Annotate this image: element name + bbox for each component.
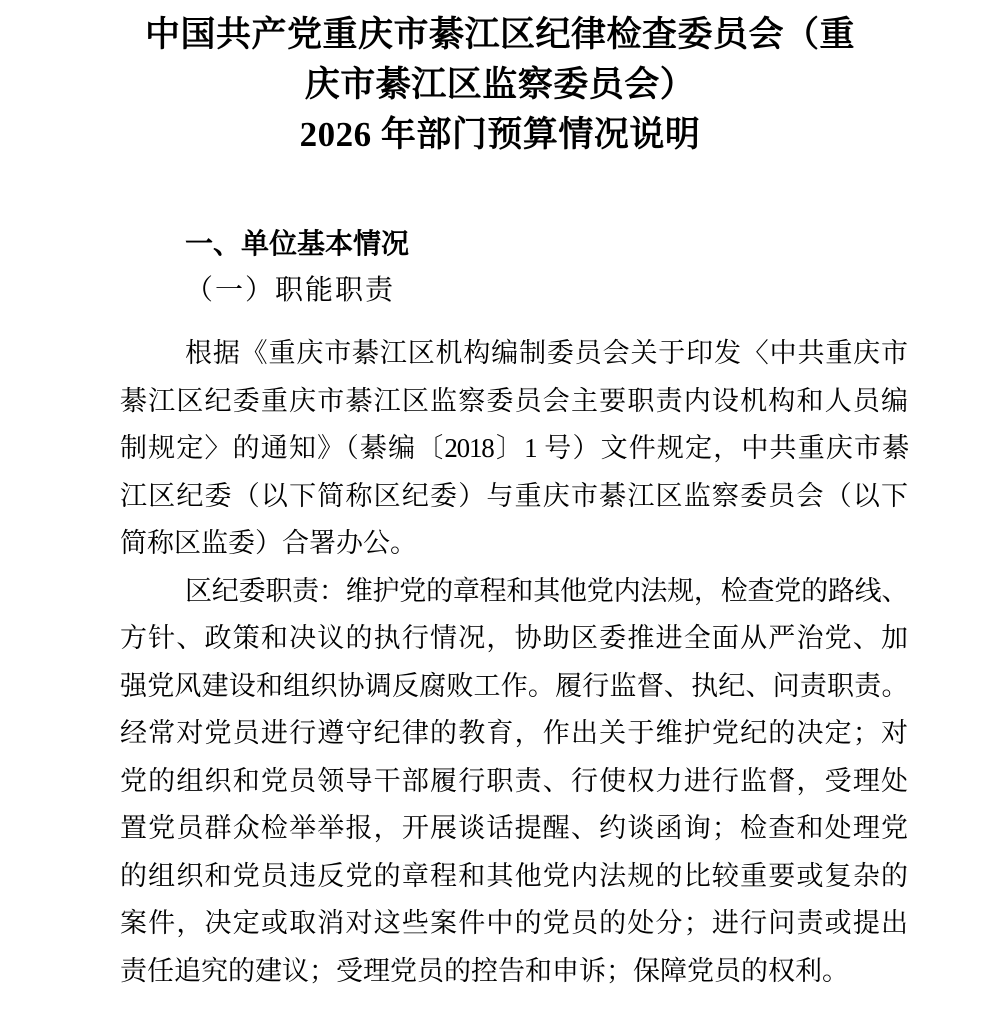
document-title-line-2: 庆市綦江区监察委员会） xyxy=(0,60,1000,110)
body-line: 的组织和党员违反党的章程和其他党内法规的比较重要或复杂的 xyxy=(120,853,908,901)
body-line: 强党风建设和组织协调反腐败工作。履行监督、执纪、问责职责。 xyxy=(120,663,908,711)
body-line: 简称区监委）合署办公。 xyxy=(120,520,908,568)
document-title: 中国共产党重庆市綦江区纪律检查委员会（重 庆市綦江区监察委员会） 2026 年部… xyxy=(0,0,1000,160)
paragraph-2: 区纪委职责：维护党的章程和其他党内法规，检查党的路线、 方针、政策和决议的执行情… xyxy=(120,568,908,996)
body-line: 置党员群众检举举报，开展谈话提醒、约谈函询；检查和处理党 xyxy=(120,805,908,853)
body-line: 责任追究的建议；受理党员的控告和申诉；保障党员的权利。 xyxy=(120,948,908,996)
body-line: 党的组织和党员领导干部履行职责、行使权力进行监督，受理处 xyxy=(120,758,908,806)
body-line: 区纪委职责：维护党的章程和其他党内法规，检查党的路线、 xyxy=(120,568,908,616)
body-line: 方针、政策和决议的执行情况，协助区委推进全面从严治党、加 xyxy=(120,615,908,663)
body-line: 经常对党员进行遵守纪律的教育，作出关于维护党纪的决定；对 xyxy=(120,710,908,758)
body-line: 綦江区纪委重庆市綦江区监察委员会主要职责内设机构和人员编 xyxy=(120,378,908,426)
section-heading: 一、单位基本情况 xyxy=(120,220,908,267)
body-line: 根据《重庆市綦江区机构编制委员会关于印发〈中共重庆市 xyxy=(120,330,908,378)
body-line: 制规定〉的通知》（綦编〔2018〕1 号）文件规定，中共重庆市綦 xyxy=(120,425,908,473)
subsection-heading: （一）职能职责 xyxy=(120,267,908,314)
document-page: 中国共产党重庆市綦江区纪律检查委员会（重 庆市綦江区监察委员会） 2026 年部… xyxy=(0,0,1000,1013)
document-title-line-3: 2026 年部门预算情况说明 xyxy=(0,110,1000,160)
document-body: 一、单位基本情况 （一）职能职责 根据《重庆市綦江区机构编制委员会关于印发〈中共… xyxy=(0,220,908,995)
paragraph-1: 根据《重庆市綦江区机构编制委员会关于印发〈中共重庆市 綦江区纪委重庆市綦江区监察… xyxy=(120,330,908,568)
body-line: 江区纪委（以下简称区纪委）与重庆市綦江区监察委员会（以下 xyxy=(120,473,908,521)
document-title-line-1: 中国共产党重庆市綦江区纪律检查委员会（重 xyxy=(0,10,1000,60)
body-line: 案件，决定或取消对这些案件中的党员的处分；进行问责或提出 xyxy=(120,900,908,948)
